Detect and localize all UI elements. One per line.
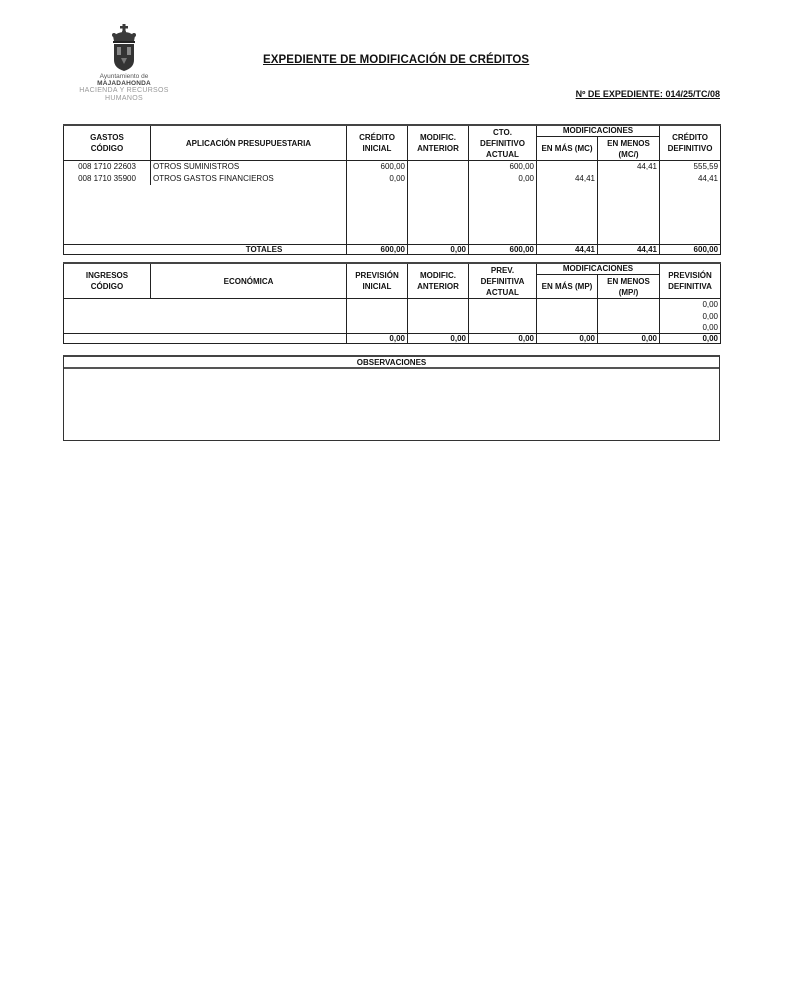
cell-cto-definitivo: 0,00 — [469, 173, 537, 185]
table-row: 0,00 — [64, 322, 721, 334]
expediente-value: 014/25/TC/08 — [665, 89, 720, 99]
total-en-menos: 0,00 — [598, 334, 660, 344]
cell-cto-definitivo: 600,00 — [469, 161, 537, 173]
coat-of-arms-icon — [109, 24, 139, 72]
cell-credito-inicial: 0,00 — [347, 173, 408, 185]
header-gastos-codigo: GASTOSCÓDIGO — [64, 125, 151, 161]
header-credito-definitivo: CRÉDITODEFINITIVO — [660, 125, 721, 161]
cell-credito-inicial: 600,00 — [347, 161, 408, 173]
observaciones-box: OBSERVACIONES — [63, 355, 720, 441]
header-en-mas: EN MÁS (MP) — [537, 275, 598, 299]
header-prevision-inicial: PREVISIÓNINICIAL — [347, 263, 408, 299]
logo-line-4: HUMANOS — [64, 95, 184, 103]
cell-aplicacion: OTROS SUMINISTROS — [151, 161, 347, 173]
expediente-number: Nº DE EXPEDIENTE: 014/25/TC/08 — [576, 89, 720, 99]
header-en-menos: EN MENOS(MP/) — [598, 275, 660, 299]
header-prev-definitiva-actual: PREV.DEFINITIVAACTUAL — [469, 263, 537, 299]
gastos-table: GASTOSCÓDIGO APLICACIÓN PRESUPUESTARIA C… — [63, 124, 721, 255]
logo-line-2: MAJADAHONDA — [64, 80, 184, 87]
cell-credito-definitivo: 44,41 — [660, 173, 721, 185]
logo-line-1: Ayuntamiento de — [64, 73, 184, 80]
header-en-menos: EN MENOS(MC/) — [598, 137, 660, 161]
total-prevision-inicial: 0,00 — [347, 334, 408, 344]
cell-codigo: 008 1710 35900 — [64, 173, 151, 185]
header-en-mas: EN MÁS (MC) — [537, 137, 598, 161]
table-row: 0,00 — [64, 299, 721, 311]
totals-label: TOTALES — [64, 244, 347, 254]
total-prevision-definitiva: 0,00 — [660, 334, 721, 344]
cell-modif-anterior — [408, 173, 469, 185]
header-prevision-definitiva: PREVISIÓNDEFINITIVA — [660, 263, 721, 299]
header-ingresos-codigo: INGRESOSCÓDIGO — [64, 263, 151, 299]
totals-row: 0,00 0,00 0,00 0,00 0,00 0,00 — [64, 334, 721, 344]
header-modif-anterior: MODIFIC.ANTERIOR — [408, 263, 469, 299]
totals-label — [64, 334, 347, 344]
observaciones-title: OBSERVACIONES — [64, 357, 719, 369]
expediente-label: Nº DE EXPEDIENTE: — [576, 89, 663, 99]
totals-row: TOTALES 600,00 0,00 600,00 44,41 44,41 6… — [64, 244, 721, 254]
header-modificaciones: MODIFICACIONES — [537, 125, 660, 137]
header-aplicacion: APLICACIÓN PRESUPUESTARIA — [151, 125, 347, 161]
ingresos-table: INGRESOSCÓDIGO ECONÓMICA PREVISIÓNINICIA… — [63, 262, 721, 344]
table-row: 008 1710 22603 OTROS SUMINISTROS 600,00 … — [64, 161, 721, 173]
empty-rows — [64, 185, 721, 244]
total-en-menos: 44,41 — [598, 244, 660, 254]
header-credito-inicial: CRÉDITOINICIAL — [347, 125, 408, 161]
total-en-mas: 44,41 — [537, 244, 598, 254]
cell-modif-anterior — [408, 161, 469, 173]
cell-credito-definitivo: 555,59 — [660, 161, 721, 173]
cell-en-mas: 44,41 — [537, 173, 598, 185]
header-economica: ECONÓMICA — [151, 263, 347, 299]
total-prev-definitiva-actual: 0,00 — [469, 334, 537, 344]
cell-prevision-definitiva: 0,00 — [660, 299, 721, 311]
header-modif-anterior: MODIFIC.ANTERIOR — [408, 125, 469, 161]
cell-en-mas — [537, 161, 598, 173]
table-row: 0,00 — [64, 311, 721, 323]
cell-en-menos — [598, 173, 660, 185]
total-credito-inicial: 600,00 — [347, 244, 408, 254]
header-cto-definitivo: CTO.DEFINITIVOACTUAL — [469, 125, 537, 161]
cell-prevision-definitiva: 0,00 — [660, 311, 721, 323]
total-cto-definitivo: 600,00 — [469, 244, 537, 254]
header-modificaciones: MODIFICACIONES — [537, 263, 660, 275]
cell-aplicacion: OTROS GASTOS FINANCIEROS — [151, 173, 347, 185]
logo: Ayuntamiento de MAJADAHONDA HACIENDA Y R… — [64, 24, 184, 116]
total-modif-anterior: 0,00 — [408, 244, 469, 254]
cell-codigo: 008 1710 22603 — [64, 161, 151, 173]
table-row: 008 1710 35900 OTROS GASTOS FINANCIEROS … — [64, 173, 721, 185]
total-credito-definitivo: 600,00 — [660, 244, 721, 254]
total-en-mas: 0,00 — [537, 334, 598, 344]
page-title: EXPEDIENTE DE MODIFICACIÓN DE CRÉDITOS — [263, 54, 529, 66]
logo-line-3: HACIENDA Y RECURSOS — [64, 87, 184, 95]
total-modif-anterior: 0,00 — [408, 334, 469, 344]
cell-en-menos: 44,41 — [598, 161, 660, 173]
cell-prevision-definitiva: 0,00 — [660, 322, 721, 334]
